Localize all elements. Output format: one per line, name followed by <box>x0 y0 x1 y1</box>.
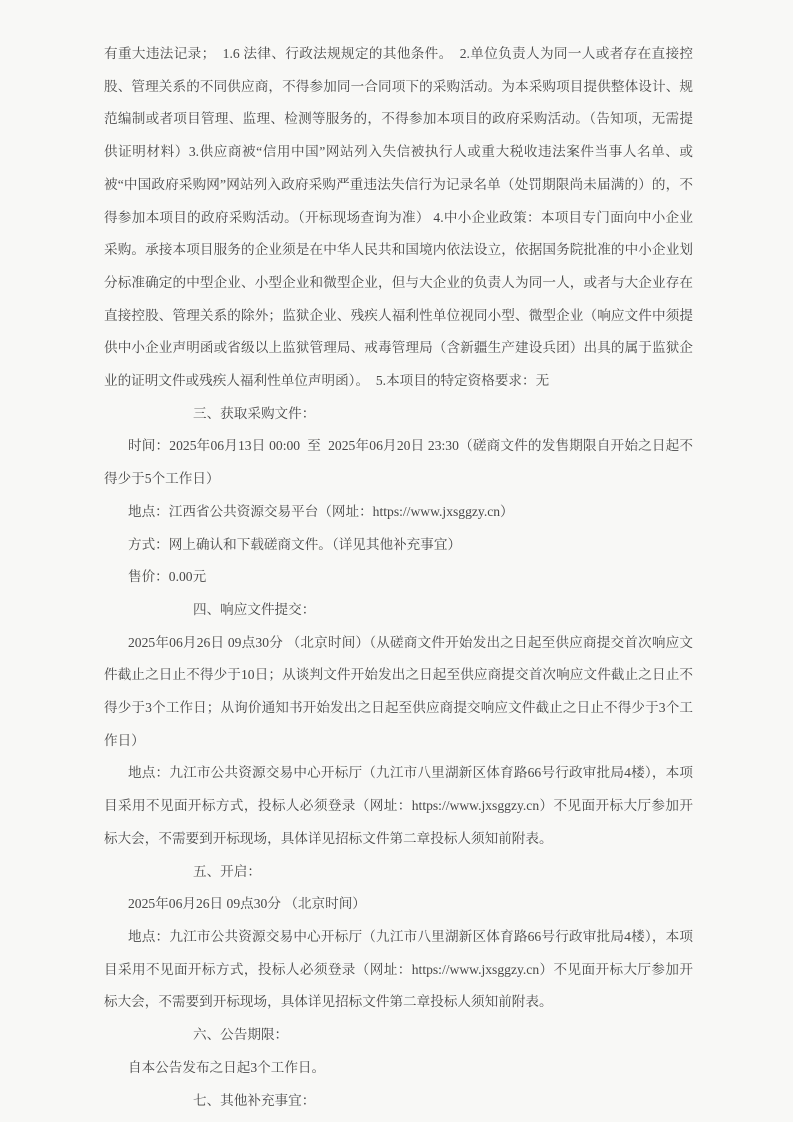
section-heading-obtain-procurement-documents: 三、获取采购文件： <box>104 398 693 431</box>
section-heading-other-matters: 七、其他补充事宜： <box>104 1085 693 1118</box>
paragraph-opening-time: 2025年06月26日 09点30分 （北京时间） <box>104 888 693 921</box>
paragraph-submission-deadline: 2025年06月26日 09点30分 （北京时间）（从磋商文件开始发出之日起至供… <box>104 627 693 758</box>
section-heading-announcement-period: 六、公告期限： <box>104 1019 693 1052</box>
paragraph-obtain-method: 方式：网上确认和下载磋商文件。（详见其他补充事宜） <box>104 529 693 562</box>
paragraph-announcement-period: 自本公告发布之日起3个工作日。 <box>104 1052 693 1085</box>
paragraph-opening-location: 地点：九江市公共资源交易中心开标厅（九江市八里湖新区体育路66号行政审批局4楼）… <box>104 921 693 1019</box>
paragraph-qualification-continuation: 有重大违法记录； 1.6 法律、行政法规规定的其他条件。 2.单位负责人为同一人… <box>104 38 693 398</box>
procurement-notice-body: 有重大违法记录； 1.6 法律、行政法规规定的其他条件。 2.单位负责人为同一人… <box>104 38 693 1117</box>
paragraph-submission-location: 地点：九江市公共资源交易中心开标厅（九江市八里湖新区体育路66号行政审批局4楼）… <box>104 757 693 855</box>
document-page: 有重大违法记录； 1.6 法律、行政法规规定的其他条件。 2.单位负责人为同一人… <box>0 0 793 1122</box>
section-heading-response-submission: 四、响应文件提交： <box>104 594 693 627</box>
paragraph-obtain-location: 地点：江西省公共资源交易平台（网址：https://www.jxsggzy.cn… <box>104 496 693 529</box>
paragraph-obtain-time: 时间：2025年06月13日 00:00 至 2025年06月20日 23:30… <box>104 430 693 495</box>
paragraph-obtain-price: 售价：0.00元 <box>104 561 693 594</box>
section-heading-opening: 五、开启： <box>104 856 693 889</box>
